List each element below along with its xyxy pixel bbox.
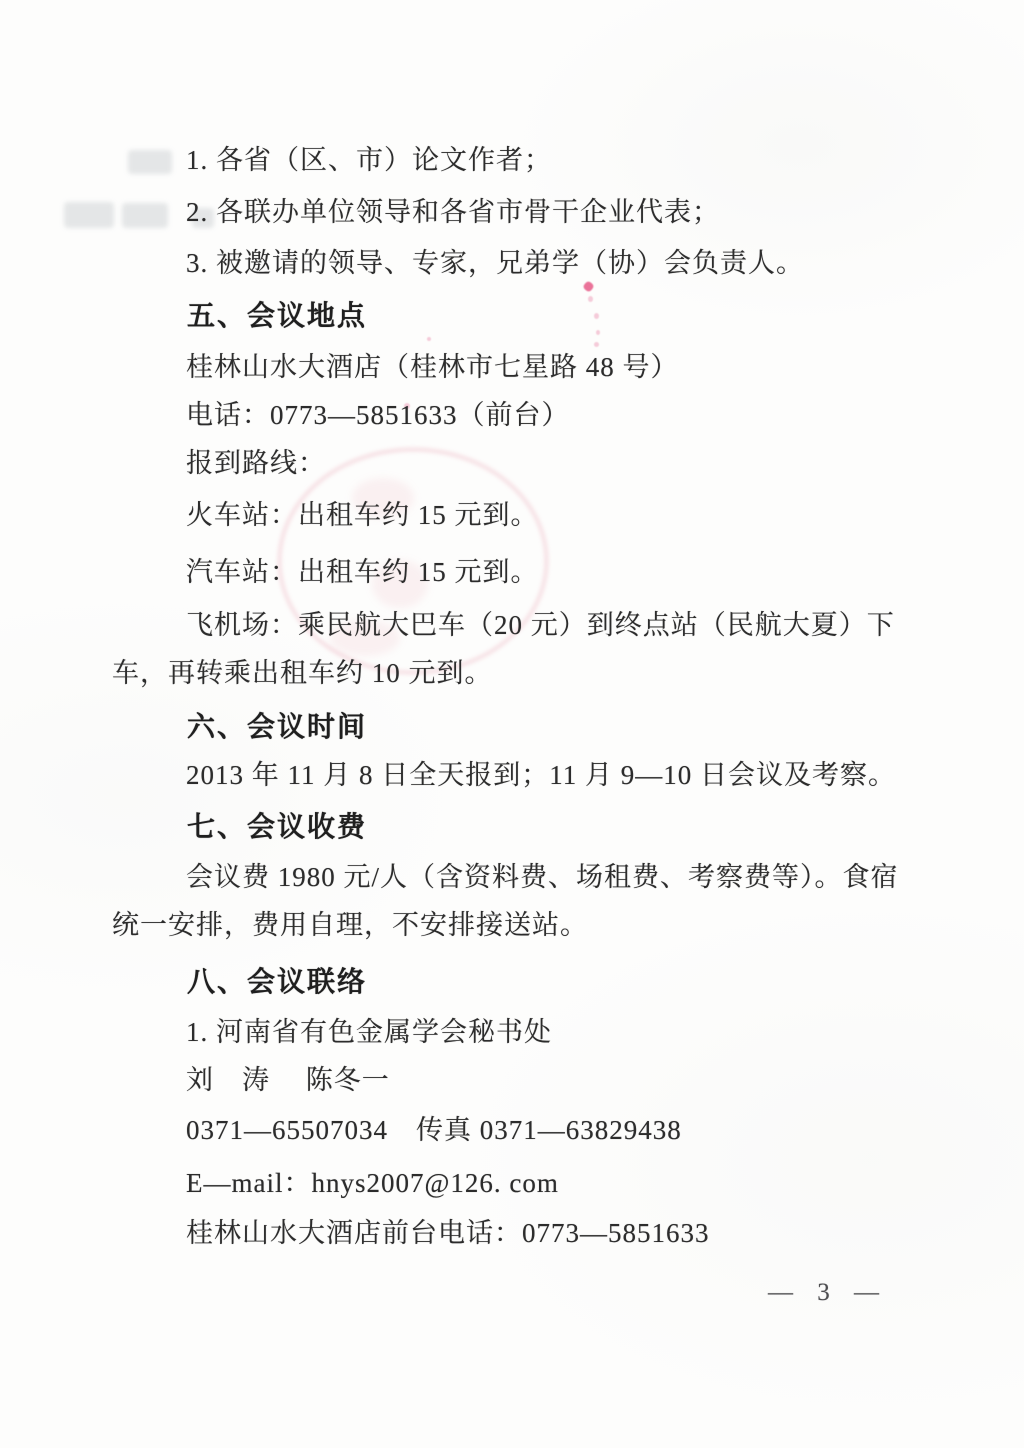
- fee-line-1: 会议费 1980 元/人（含资料费、场租费、考察费等）。食宿: [186, 857, 899, 897]
- route-airport-line-1: 飞机场：乘民航大巴车（20 元）到终点站（民航大夏）下: [186, 605, 895, 645]
- section-heading-time: 六、会议时间: [187, 707, 367, 747]
- section-heading-venue: 五、会议地点: [187, 296, 367, 336]
- contact-names-line: 刘 涛 陈冬一: [186, 1060, 390, 1100]
- contact-org-line: 1. 河南省有色金属学会秘书处: [186, 1012, 552, 1052]
- venue-phone-line: 电话：0773—5851633（前台）: [186, 395, 570, 435]
- page-number: — 3 —: [768, 1273, 888, 1313]
- red-ink-speck: [594, 313, 599, 319]
- red-ink-speck: [427, 337, 431, 341]
- contact-phone-fax-line: 0371—65507034 传真 0371—63829438: [186, 1110, 682, 1150]
- hotel-phone-line: 桂林山水大酒店前台电话：0773—5851633: [186, 1213, 710, 1253]
- route-train-line: 火车站：出租车约 15 元到。: [186, 495, 539, 535]
- route-airport-line-2: 车，再转乘出租车约 10 元到。: [112, 653, 493, 693]
- contact-email-line: E—mail：hnys2007@126. com: [186, 1163, 559, 1203]
- bleed-through-mark: [128, 150, 172, 174]
- section-heading-fee: 七、会议收费: [187, 807, 367, 847]
- section-heading-contact: 八、会议联络: [187, 962, 367, 1002]
- list-item-attendee-1: 1. 各省（区、市）论文作者；: [186, 140, 552, 180]
- venue-address-line: 桂林山水大酒店（桂林市七星路 48 号）: [186, 347, 679, 387]
- red-ink-speck: [588, 296, 593, 302]
- red-ink-speck: [596, 330, 600, 335]
- bleed-through-mark: [122, 203, 168, 228]
- fee-line-2: 统一安排，费用自理，不安排接送站。: [112, 905, 588, 945]
- route-label-line: 报到路线：: [186, 443, 326, 483]
- scanned-document-page: 1. 各省（区、市）论文作者； 2. 各联办单位领导和各省市骨干企业代表； 3.…: [0, 0, 1024, 1448]
- list-item-attendee-2: 2. 各联办单位领导和各省市骨干企业代表；: [186, 192, 720, 232]
- route-bus-line: 汽车站：出租车约 15 元到。: [186, 552, 539, 592]
- bleed-through-mark: [64, 202, 114, 228]
- meeting-time-line: 2013 年 11 月 8 日全天报到；11 月 9—10 日会议及考察。: [186, 755, 896, 795]
- list-item-attendee-3: 3. 被邀请的领导、专家，兄弟学（协）会负责人。: [186, 243, 804, 283]
